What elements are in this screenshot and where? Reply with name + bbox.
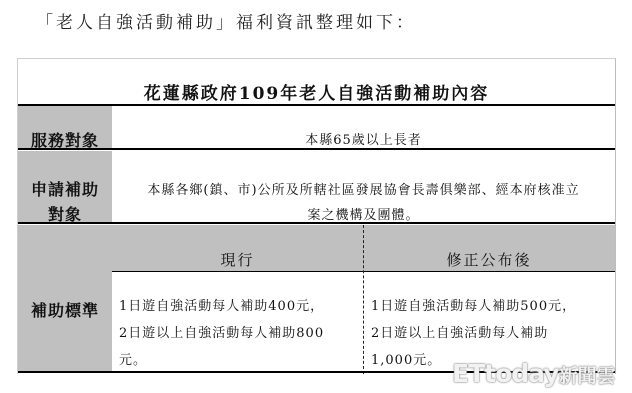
row-divider: [18, 222, 615, 224]
text-line: 元。: [119, 347, 324, 374]
subsidy-table: 花蓮縣政府109年老人自強活動補助內容 服務對象 本縣65歲以上長者 申請補助 …: [17, 58, 616, 374]
label-service-target: 服務對象: [18, 106, 112, 150]
value-applicant-line1: 本縣各鄉(鎮、市)公所及所轄社區發展協會長壽俱樂部、經本府核准立: [112, 179, 615, 198]
label-text: 申請補助: [18, 177, 112, 200]
text-line: 2日遊以上自強活動每人補助: [371, 320, 576, 347]
label-text: 補助標準: [18, 298, 112, 321]
text-line: 2日遊以上自強活動每人補助800: [119, 320, 324, 347]
table-title: 花蓮縣政府109年老人自強活動補助內容: [18, 79, 615, 104]
watermark-suffix: 新聞雲: [559, 365, 616, 387]
column-header-current: 現行: [112, 249, 363, 270]
value-applicant-line2: 案之機構及團體。: [112, 204, 615, 223]
row-divider: [18, 148, 615, 150]
table-title-row: 花蓮縣政府109年老人自強活動補助內容: [18, 59, 615, 106]
label-applicant: 申請補助 對象: [18, 151, 112, 224]
ettoday-watermark-logo: ETtoday新聞雲: [452, 359, 616, 388]
column-header-revised: 修正公布後: [363, 249, 615, 270]
watermark-brand: ETtoday: [452, 359, 559, 388]
text-line: 1日遊自強活動每人補助500元，: [371, 293, 576, 320]
text-line: 1日遊自強活動每人補助400元，: [119, 293, 324, 320]
value-service-target: 本縣65歲以上長者: [112, 129, 615, 148]
intro-text: 「老人自強活動補助」福利資訊整理如下：: [36, 8, 416, 33]
current-standard: 1日遊自強活動每人補助400元， 2日遊以上自強活動每人補助800 元。: [119, 293, 324, 374]
column-divider: [363, 225, 364, 374]
label-standard: 補助標準: [18, 225, 112, 372]
